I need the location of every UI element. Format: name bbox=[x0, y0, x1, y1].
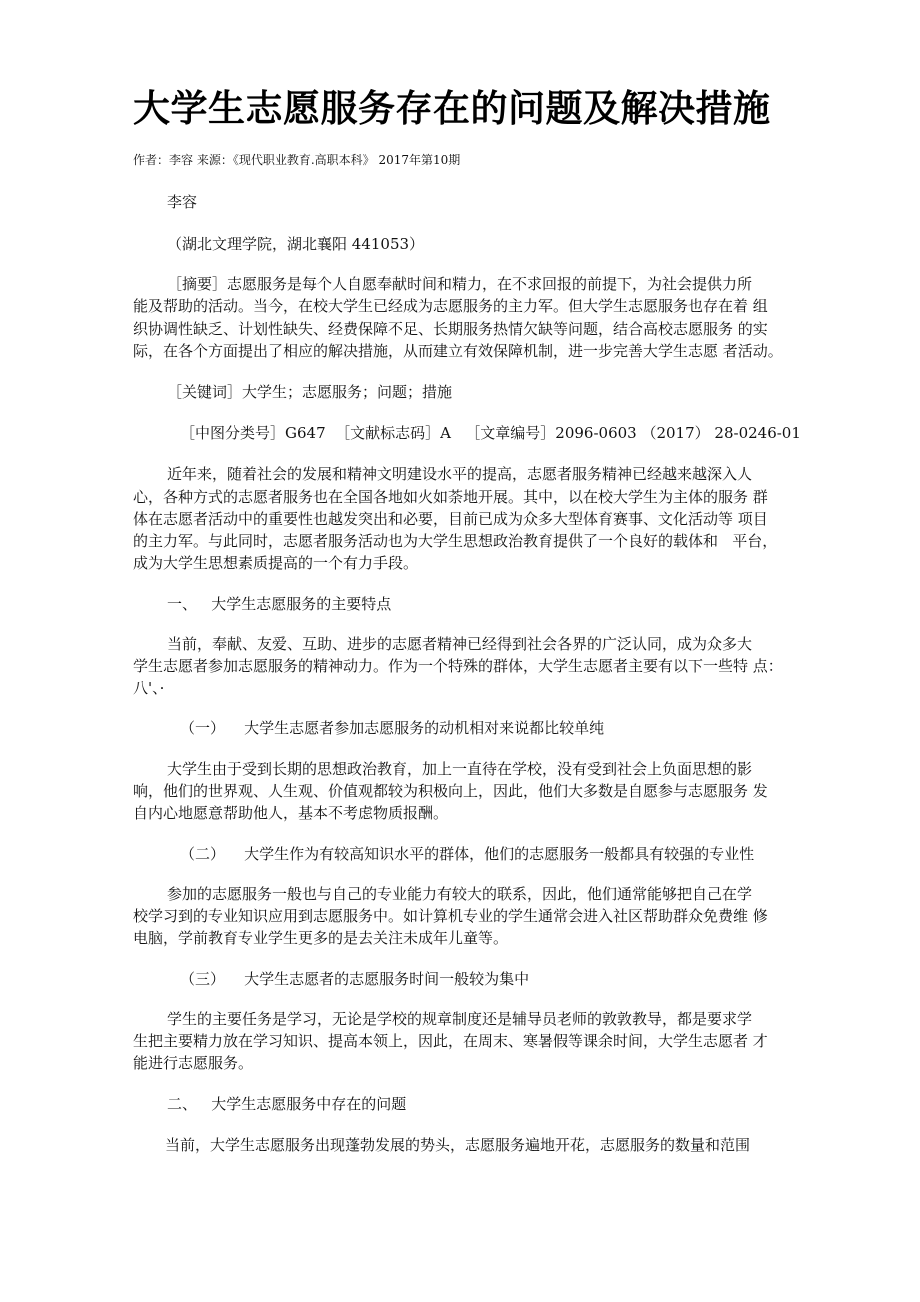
paragraph-line: 大学生由于受到长期的思想政治教育，加上一直待在学校，没有受到社会上负面思想的影 bbox=[167, 758, 752, 780]
subsection-heading-1: （一） 大学生志愿者参加志愿服务的动机相对来说都比较单纯 bbox=[180, 717, 604, 739]
paragraph-line: 能进行志愿服务。 bbox=[133, 1052, 253, 1074]
paragraph-line: 校学习到的专业知识应用到志愿服务中。如计算机专业的学生通常会进入社区帮助群众免费… bbox=[133, 905, 768, 927]
classification-codes: ［中图分类号］G647 ［文献标志码］A ［文章编号］2096-0603 （20… bbox=[180, 422, 801, 444]
paragraph-line: 生把主要精力放在学习知识、提高本领上，因此，在周末、寒暑假等课余时间，大学生志愿… bbox=[133, 1030, 768, 1052]
paragraph-line: 心，各种方式的志愿者服务也在全国各地如火如荼地开展。其中，以在校大学生为主体的服… bbox=[133, 486, 768, 508]
paragraph-line: 学生志愿者参加志愿服务的精神动力。作为一个特殊的群体，大学生志愿者主要有以下一些… bbox=[133, 655, 783, 677]
author-name: 李容 bbox=[167, 191, 197, 213]
subsection-heading-2: （二） 大学生作为有较高知识水平的群体，他们的志愿服务一般都具有较强的专业性 bbox=[180, 843, 754, 865]
paragraph-line: 响，他们的世界观、人生观、价值观都较为积极向上，因此，他们大多数是自愿参与志愿服… bbox=[133, 780, 768, 802]
article-meta: 作者：李容 来源：《现代职业教育.高职本科》 2017年第10期 bbox=[133, 151, 460, 169]
abstract-line: 能及帮助的活动。当今，在校大学生已经成为志愿服务的主力军。但大学生志愿服务也存在… bbox=[133, 295, 768, 317]
section-heading-1: 一、 大学生志愿服务的主要特点 bbox=[167, 593, 391, 615]
paragraph-line: 参加的志愿服务一般也与自己的专业能力有较大的联系，因此，他们通常能够把自己在学 bbox=[167, 883, 752, 905]
paragraph-line: 当前，奉献、友爱、互助、进步的志愿者精神已经得到社会各界的广泛认同，成为众多大 bbox=[167, 633, 752, 655]
paragraph-line: 的主力军。与此同时，志愿者服务活动也为大学生思想政治教育提供了一个良好的载体和 … bbox=[133, 530, 777, 552]
paragraph-line: 成为大学生思想素质提高的一个有力手段。 bbox=[133, 552, 418, 574]
paragraph-line: 电脑，学前教育专业学生更多的是去关注未成年儿童等。 bbox=[133, 927, 508, 949]
paragraph-line: 学生的主要任务是学习，无论是学校的规章制度还是辅导员老师的敦敦教导，都是要求学 bbox=[167, 1008, 752, 1030]
paragraph-line: 八'、· bbox=[133, 677, 164, 699]
abstract-line: ［摘要］志愿服务是每个人自愿奉献时间和精力，在不求回报的前提下，为社会提供力所 bbox=[167, 273, 752, 295]
document-page: 大学生志愿服务存在的问题及解决措施 作者：李容 来源：《现代职业教育.高职本科》… bbox=[0, 0, 920, 1302]
author-affiliation: （湖北文理学院，湖北襄阳 441053） bbox=[167, 233, 424, 255]
abstract-line: 织协调性缺乏、计划性缺失、经费保障不足、长期服务热情欠缺等问题，结合高校志愿服务… bbox=[133, 318, 768, 340]
section-heading-2: 二、 大学生志愿服务中存在的问题 bbox=[167, 1093, 406, 1115]
paragraph-line: 当前，大学生志愿服务出现蓬勃发展的势头，志愿服务遍地开花，志愿服务的数量和范围 bbox=[165, 1134, 750, 1156]
paragraph-line: 体在志愿者活动中的重要性也越发突出和必要，目前已成为众多大型体育赛事、文化活动等… bbox=[133, 508, 768, 530]
keywords: ［关键词］大学生；志愿服务；问题；措施 bbox=[167, 381, 452, 403]
abstract-line: 际，在各个方面提出了相应的解决措施，从而建立有效保障机制，进一步完善大学生志愿 … bbox=[133, 340, 783, 362]
article-title: 大学生志愿服务存在的问题及解决措施 bbox=[133, 84, 771, 134]
paragraph-line: 自内心地愿意帮助他人，基本不考虑物质报酬。 bbox=[133, 802, 448, 824]
paragraph-line: 近年来，随着社会的发展和精神文明建设水平的提高，志愿者服务精神已经越来越深入人 bbox=[167, 463, 752, 485]
subsection-heading-3: （三） 大学生志愿者的志愿服务时间一般较为集中 bbox=[180, 968, 529, 990]
